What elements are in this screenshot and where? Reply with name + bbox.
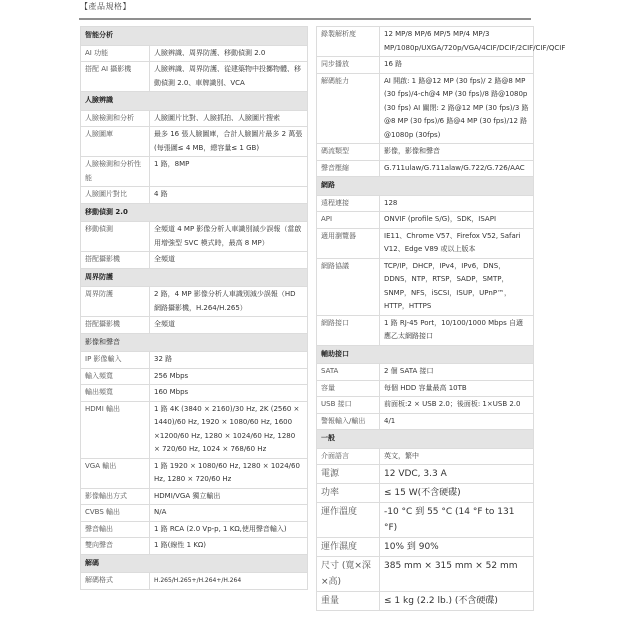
spec-value: 人臉辨識、周界防護、移動偵測 2.0 bbox=[150, 45, 308, 62]
spec-value: G.711ulaw/G.711alaw/G.722/G.726/AAC bbox=[380, 160, 534, 177]
spec-value: 385 mm × 315 mm × 52 mm bbox=[380, 557, 534, 592]
section-header: 周界防護 bbox=[81, 268, 308, 287]
spec-row: HDMI 輸出1 路 4K (3840 × 2160)/30 Hz, 2K (2… bbox=[81, 401, 308, 458]
section-title: 一般 bbox=[317, 430, 534, 449]
spec-value: N/A bbox=[150, 505, 308, 522]
spec-key: 搭配攝影機 bbox=[81, 317, 150, 334]
spec-key: 錄製解析度 bbox=[317, 27, 380, 57]
section-header: 移動偵測 2.0 bbox=[81, 203, 308, 222]
spec-row: 功率≤ 15 W(不含硬碟) bbox=[317, 484, 534, 503]
spec-row: 人臉檢測和分析人臉圖片比對、人臉抓拍、人臉圖片搜索 bbox=[81, 110, 308, 127]
spec-row: 電源12 VDC, 3.3 A bbox=[317, 465, 534, 484]
spec-key: 功率 bbox=[317, 484, 380, 503]
spec-row: 人臉檢測和分析性能1 路，8MP bbox=[81, 157, 308, 187]
spec-row: 重量≤ 1 kg (2.2 lb.) (不含硬碟) bbox=[317, 592, 534, 611]
spec-key: SATA bbox=[317, 364, 380, 381]
spec-row: AI 功能人臉辨識、周界防護、移動偵測 2.0 bbox=[81, 45, 308, 62]
spec-key: 容量 bbox=[317, 380, 380, 397]
spec-row: 聲音輸出1 路 RCA (2.0 Vp-p, 1 KΩ,使用聲音輸入) bbox=[81, 521, 308, 538]
spec-value: 1 路(線性 1 KΩ) bbox=[150, 538, 308, 555]
spec-table-left: 智能分析AI 功能人臉辨識、周界防護、移動偵測 2.0搭配 AI 攝影機人臉辨識… bbox=[80, 26, 308, 590]
spec-value: 人臉圖片比對、人臉抓拍、人臉圖片搜索 bbox=[150, 110, 308, 127]
spec-key: 網路協議 bbox=[317, 258, 380, 315]
spec-row: 容量每個 HDD 容量最高 10TB bbox=[317, 380, 534, 397]
section-title: 解碼 bbox=[81, 554, 308, 573]
spec-row: 適用瀏覽器IE11、Chrome V57、Firefox V52, Safari… bbox=[317, 228, 534, 258]
spec-key: 適用瀏覽器 bbox=[317, 228, 380, 258]
spec-value: 人臉辨識、周界防護、從建築物中投擲物體、移動偵測 2.0、車牌識別、VCA bbox=[150, 62, 308, 92]
spec-key: API bbox=[317, 212, 380, 229]
spec-row: 周界防護2 路，4 MP 影像分析人車識別減少誤報（HD 網路攝影機，H.264… bbox=[81, 287, 308, 317]
spec-value: 12 VDC, 3.3 A bbox=[380, 465, 534, 484]
spec-row: VGA 輸出1 路 1920 × 1080/60 Hz, 1280 × 1024… bbox=[81, 458, 308, 488]
spec-key: 人臉圖片對比 bbox=[81, 187, 150, 204]
section-header: 智能分析 bbox=[81, 27, 308, 46]
spec-key: 周界防護 bbox=[81, 287, 150, 317]
spec-key: USB 接口 bbox=[317, 397, 380, 414]
section-header: 人臉辨識 bbox=[81, 92, 308, 111]
spec-row: 尺寸 (寬×深×高)385 mm × 315 mm × 52 mm bbox=[317, 557, 534, 592]
spec-row: APIONVIF (profile S/G)，SDK，ISAPI bbox=[317, 212, 534, 229]
spec-key: 運作濕度 bbox=[317, 538, 380, 557]
spec-value: AI 開啟: 1 路@12 MP (30 fps)/ 2 路@8 MP (30 … bbox=[380, 73, 534, 144]
spec-value: 4 路 bbox=[150, 187, 308, 204]
spec-key: 搭配攝影機 bbox=[81, 252, 150, 269]
section-title: 周界防護 bbox=[81, 268, 308, 287]
spec-value: ≤ 1 kg (2.2 lb.) (不含硬碟) bbox=[380, 592, 534, 611]
spec-row: USB 接口前面板:2 × USB 2.0；後面板: 1×USB 2.0 bbox=[317, 397, 534, 414]
spec-row: 搭配攝影機全頻道 bbox=[81, 252, 308, 269]
title-divider bbox=[79, 18, 531, 20]
spec-value: 全頻道 bbox=[150, 252, 308, 269]
spec-value: TCP/IP，DHCP，IPv4，IPv6，DNS，DDNS，NTP，RTSP，… bbox=[380, 258, 534, 315]
spec-table-left-body: 智能分析AI 功能人臉辨識、周界防護、移動偵測 2.0搭配 AI 攝影機人臉辨識… bbox=[81, 27, 308, 590]
spec-row: 雙向聲音1 路(線性 1 KΩ) bbox=[81, 538, 308, 555]
spec-key: 移動偵測 bbox=[81, 222, 150, 252]
spec-row: 影像輸出方式HDMI/VGA 獨立輸出 bbox=[81, 488, 308, 505]
spec-value: 10% 到 90% bbox=[380, 538, 534, 557]
spec-key: 雙向聲音 bbox=[81, 538, 150, 555]
spec-value: HDMI/VGA 獨立輸出 bbox=[150, 488, 308, 505]
spec-row: 運作溫度-10 °C 到 55 °C (14 °F to 131 °F) bbox=[317, 503, 534, 538]
spec-key: 輸出頻寬 bbox=[81, 385, 150, 402]
spec-key: 電源 bbox=[317, 465, 380, 484]
spec-row: 介面語言英文，繁中 bbox=[317, 448, 534, 465]
spec-table-right: 錄製解析度12 MP/8 MP/6 MP/5 MP/4 MP/3 MP/1080… bbox=[316, 26, 534, 611]
spec-key: 警報輸入/輸出 bbox=[317, 413, 380, 430]
spec-row: 輸出頻寬160 Mbps bbox=[81, 385, 308, 402]
spec-value: 影像，影像和聲音 bbox=[380, 144, 534, 161]
spec-value: IE11、Chrome V57、Firefox V52, Safari V12、… bbox=[380, 228, 534, 258]
spec-key: 網路接口 bbox=[317, 315, 380, 345]
spec-value: 最多 16 張人臉圖庫，合計人臉圖片最多 2 萬張(每張圖≤ 4 MB，總容量≤… bbox=[150, 127, 308, 157]
spec-key: 碼流類型 bbox=[317, 144, 380, 161]
spec-value: 1 路 4K (3840 × 2160)/30 Hz, 2K (2560 × 1… bbox=[150, 401, 308, 458]
section-header: 解碼 bbox=[81, 554, 308, 573]
spec-value: ONVIF (profile S/G)，SDK，ISAPI bbox=[380, 212, 534, 229]
spec-row: 解碼能力AI 開啟: 1 路@12 MP (30 fps)/ 2 路@8 MP … bbox=[317, 73, 534, 144]
spec-value: 1 路 RCA (2.0 Vp-p, 1 KΩ,使用聲音輸入) bbox=[150, 521, 308, 538]
spec-row: CVBS 輸出N/A bbox=[81, 505, 308, 522]
spec-row: 同步播放16 路 bbox=[317, 57, 534, 74]
spec-row: 搭配攝影機全頻道 bbox=[81, 317, 308, 334]
spec-value: 英文，繁中 bbox=[380, 448, 534, 465]
spec-value: 4/1 bbox=[380, 413, 534, 430]
section-header: 影像和聲音 bbox=[81, 333, 308, 352]
spec-row: 輸入頻寬256 Mbps bbox=[81, 368, 308, 385]
spec-key: 聲音輸出 bbox=[81, 521, 150, 538]
section-title: 輔助接口 bbox=[317, 345, 534, 364]
spec-value: 128 bbox=[380, 195, 534, 212]
spec-key: VGA 輸出 bbox=[81, 458, 150, 488]
spec-row: 錄製解析度12 MP/8 MP/6 MP/5 MP/4 MP/3 MP/1080… bbox=[317, 27, 534, 57]
spec-key: 搭配 AI 攝影機 bbox=[81, 62, 150, 92]
spec-value: H.265/H.265+/H.264+/H.264 bbox=[150, 573, 308, 590]
spec-key: 重量 bbox=[317, 592, 380, 611]
spec-key: IP 影像輸入 bbox=[81, 352, 150, 369]
spec-value: 160 Mbps bbox=[150, 385, 308, 402]
spec-value: ≤ 15 W(不含硬碟) bbox=[380, 484, 534, 503]
section-header: 網路 bbox=[317, 177, 534, 196]
spec-value: 每個 HDD 容量最高 10TB bbox=[380, 380, 534, 397]
spec-row: 解碼格式H.265/H.265+/H.264+/H.264 bbox=[81, 573, 308, 590]
spec-key: 運作溫度 bbox=[317, 503, 380, 538]
spec-key: 同步播放 bbox=[317, 57, 380, 74]
spec-key: 人臉檢測和分析性能 bbox=[81, 157, 150, 187]
section-title: 影像和聲音 bbox=[81, 333, 308, 352]
spec-row: IP 影像輸入32 路 bbox=[81, 352, 308, 369]
spec-key: 人臉檢測和分析 bbox=[81, 110, 150, 127]
spec-row: 人臉圖片對比4 路 bbox=[81, 187, 308, 204]
spec-row: 搭配 AI 攝影機人臉辨識、周界防護、從建築物中投擲物體、移動偵測 2.0、車牌… bbox=[81, 62, 308, 92]
spec-value: 1 路 RJ-45 Port，10/100/1000 Mbps 自適應乙太網路接… bbox=[380, 315, 534, 345]
spec-row: 警報輸入/輸出4/1 bbox=[317, 413, 534, 430]
spec-key: 影像輸出方式 bbox=[81, 488, 150, 505]
spec-row: 聲音壓縮G.711ulaw/G.711alaw/G.722/G.726/AAC bbox=[317, 160, 534, 177]
spec-value: -10 °C 到 55 °C (14 °F to 131 °F) bbox=[380, 503, 534, 538]
spec-row: 網路接口1 路 RJ-45 Port，10/100/1000 Mbps 自適應乙… bbox=[317, 315, 534, 345]
spec-value: 1 路 1920 × 1080/60 Hz, 1280 × 1024/60 Hz… bbox=[150, 458, 308, 488]
spec-key: HDMI 輸出 bbox=[81, 401, 150, 458]
section-title: 人臉辨識 bbox=[81, 92, 308, 111]
spec-value: 12 MP/8 MP/6 MP/5 MP/4 MP/3 MP/1080p/UXG… bbox=[380, 27, 534, 57]
spec-row: SATA2 個 SATA 接口 bbox=[317, 364, 534, 381]
section-title: 移動偵測 2.0 bbox=[81, 203, 308, 222]
spec-value: 全頻道 4 MP 影像分析人車識別減少誤報（當啟用增強型 SVC 模式時，最高 … bbox=[150, 222, 308, 252]
spec-key: 人臉圖庫 bbox=[81, 127, 150, 157]
spec-value: 2 個 SATA 接口 bbox=[380, 364, 534, 381]
spec-row: 移動偵測全頻道 4 MP 影像分析人車識別減少誤報（當啟用增強型 SVC 模式時… bbox=[81, 222, 308, 252]
spec-row: 運作濕度10% 到 90% bbox=[317, 538, 534, 557]
section-title: 智能分析 bbox=[81, 27, 308, 46]
section-header: 一般 bbox=[317, 430, 534, 449]
spec-value: 256 Mbps bbox=[150, 368, 308, 385]
spec-row: 碼流類型影像，影像和聲音 bbox=[317, 144, 534, 161]
spec-value: 1 路，8MP bbox=[150, 157, 308, 187]
spec-key: 輸入頻寬 bbox=[81, 368, 150, 385]
spec-key: AI 功能 bbox=[81, 45, 150, 62]
spec-key: 解碼格式 bbox=[81, 573, 150, 590]
section-title: 網路 bbox=[317, 177, 534, 196]
spec-key: 介面語言 bbox=[317, 448, 380, 465]
section-header: 輔助接口 bbox=[317, 345, 534, 364]
spec-key: 解碼能力 bbox=[317, 73, 380, 144]
spec-value: 前面板:2 × USB 2.0；後面板: 1×USB 2.0 bbox=[380, 397, 534, 414]
spec-value: 2 路，4 MP 影像分析人車識別減少誤報（HD 網路攝影機，H.264/H.2… bbox=[150, 287, 308, 317]
spec-key: 尺寸 (寬×深×高) bbox=[317, 557, 380, 592]
spec-value: 32 路 bbox=[150, 352, 308, 369]
spec-row: 網路協議TCP/IP，DHCP，IPv4，IPv6，DNS，DDNS，NTP，R… bbox=[317, 258, 534, 315]
spec-key: 聲音壓縮 bbox=[317, 160, 380, 177]
spec-key: CVBS 輸出 bbox=[81, 505, 150, 522]
spec-value: 16 路 bbox=[380, 57, 534, 74]
spec-row: 人臉圖庫最多 16 張人臉圖庫，合計人臉圖片最多 2 萬張(每張圖≤ 4 MB，… bbox=[81, 127, 308, 157]
spec-key: 遠程連接 bbox=[317, 195, 380, 212]
page-title: 【產品規格】 bbox=[80, 1, 131, 12]
spec-value: 全頻道 bbox=[150, 317, 308, 334]
spec-table-right-body: 錄製解析度12 MP/8 MP/6 MP/5 MP/4 MP/3 MP/1080… bbox=[317, 27, 534, 611]
spec-row: 遠程連接128 bbox=[317, 195, 534, 212]
